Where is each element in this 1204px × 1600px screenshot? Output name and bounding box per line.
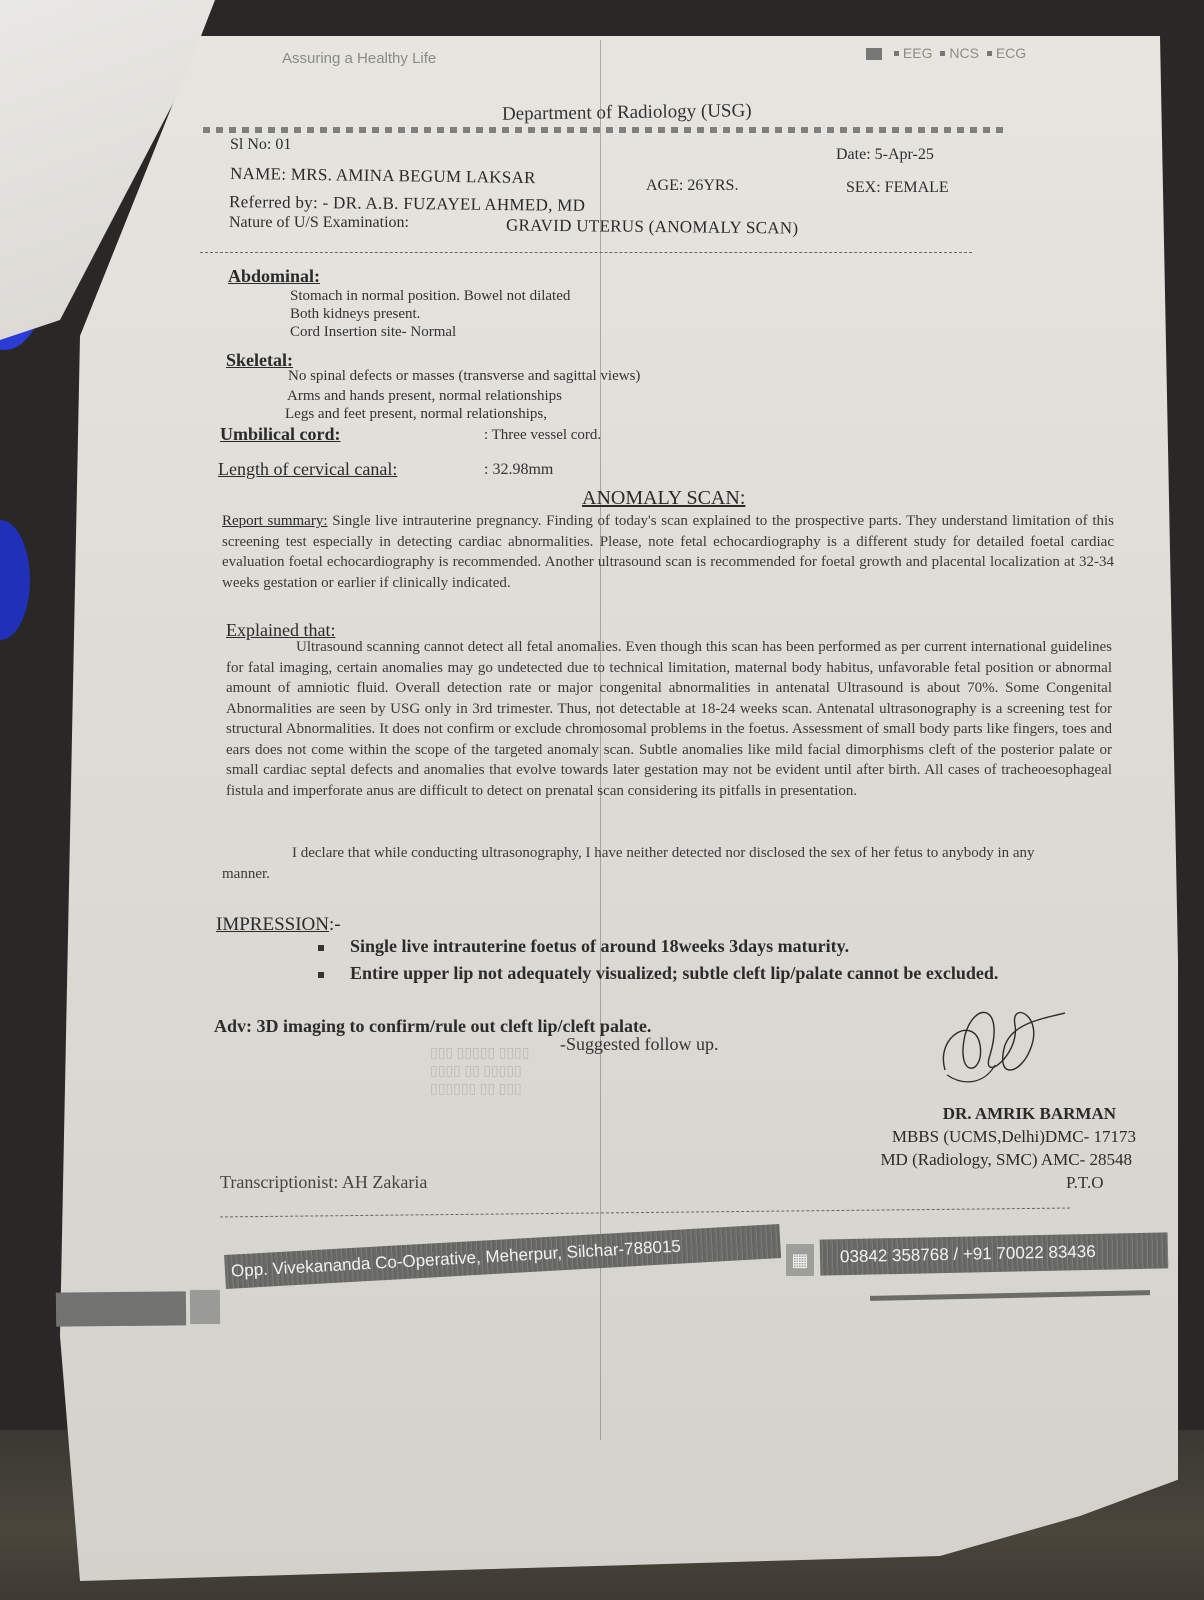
report-summary-text: Single live intrauterine pregnancy. Find… [222, 513, 1114, 591]
header-divider [203, 127, 1003, 133]
referred-by: Referred by: - DR. A.B. FUZAYEL AHMED, M… [229, 192, 585, 216]
doctor-name: DR. AMRIK BARMAN [820, 1104, 1116, 1124]
service-ncs: NCS [949, 45, 979, 61]
services-tags: EEG NCS ECG [866, 45, 1026, 61]
phone-icon: ▦ [786, 1244, 814, 1276]
department-title: Department of Radiology (USG) [502, 100, 752, 125]
abdominal-line: Both kidneys present. [290, 306, 420, 323]
doctor-qualification-2: MD (Radiology, SMC) AMC- 28548 [780, 1150, 1132, 1170]
impression-title: IMPRESSION [216, 914, 329, 935]
cervical-label: Length of cervical canal: [218, 459, 397, 480]
exam-label: Nature of U/S Examination: [229, 214, 409, 232]
declaration-text: I declare that while conducting ultrason… [222, 845, 1035, 882]
footer-phone: 03842 358768 / +91 70022 83436 [820, 1232, 1169, 1275]
skeletal-heading: Skeletal: [226, 350, 293, 371]
abdominal-heading: Abdominal: [228, 266, 320, 287]
clinic-logo-icon [866, 48, 882, 60]
location-pin-icon [190, 1290, 220, 1324]
skeletal-line: No spinal defects or masses (transverse … [288, 368, 640, 385]
service-eeg: EEG [903, 45, 933, 61]
serial-number: Sl No: 01 [230, 136, 291, 154]
transcriptionist: Transcriptionist: AH Zakaria [220, 1172, 427, 1193]
bleed-through-text: ▯▯▯ ▯▯▯▯▯ ▯▯▯▯▯▯▯▯ ▯▯ ▯▯▯▯▯▯▯▯▯▯▯ ▯▯ ▯▯▯ [430, 1045, 529, 1099]
footer-divider [220, 1208, 1070, 1219]
doctor-qualification-1: MBBS (UCMS,Delhi)DMC- 17173 [780, 1127, 1136, 1147]
exam-type: GRAVID UTERUS (ANOMALY SCAN) [506, 215, 799, 238]
clinic-tagline: Assuring a Healthy Life [282, 50, 436, 67]
impression-heading: IMPRESSION:- [216, 914, 341, 936]
explained-paragraph: Ultrasound scanning cannot detect all fe… [226, 637, 1112, 801]
page-turn-note: P.T.O [1066, 1173, 1103, 1193]
report-content: Assuring a Healthy Life EEG NCS ECG Depa… [0, 0, 1204, 1600]
impression-item: Entire upper lip not adequately visualiz… [318, 960, 1090, 987]
footer-band-left [56, 1291, 186, 1326]
report-summary-label: Report summary: [222, 513, 328, 529]
patient-age: AGE: 26YRS. [646, 177, 738, 195]
patient-divider [200, 252, 972, 254]
report-summary: Report summary: Single live intrauterine… [222, 511, 1114, 593]
doctor-signature [935, 995, 1070, 1090]
explained-text: Ultrasound scanning cannot detect all fe… [226, 639, 1112, 799]
report-date: Date: 5-Apr-25 [836, 146, 934, 164]
footer-underline [870, 1290, 1150, 1301]
abdominal-line: Stomach in normal position. Bowel not di… [290, 288, 570, 305]
skeletal-line: Arms and hands present, normal relations… [287, 388, 562, 405]
anomaly-scan-heading: ANOMALY SCAN: [582, 487, 745, 510]
abdominal-line: Cord Insertion site- Normal [290, 324, 456, 341]
footer-address: Opp. Vivekananda Co-Operative, Meherpur,… [224, 1224, 781, 1289]
umbilical-value: : Three vessel cord. [484, 427, 601, 444]
impression-item: Single live intrauterine foetus of aroun… [318, 936, 849, 957]
declaration-paragraph: I declare that while conducting ultrason… [222, 843, 1074, 884]
umbilical-label: Umbilical cord: [220, 424, 340, 445]
patient-sex: SEX: FEMALE [846, 179, 949, 197]
patient-name: NAME: MRS. AMINA BEGUM LAKSAR [230, 164, 536, 188]
skeletal-line: Legs and feet present, normal relationsh… [285, 406, 547, 423]
service-ecg: ECG [996, 45, 1026, 61]
cervical-value: : 32.98mm [484, 461, 553, 479]
follow-up-note: -Suggested follow up. [560, 1034, 718, 1055]
